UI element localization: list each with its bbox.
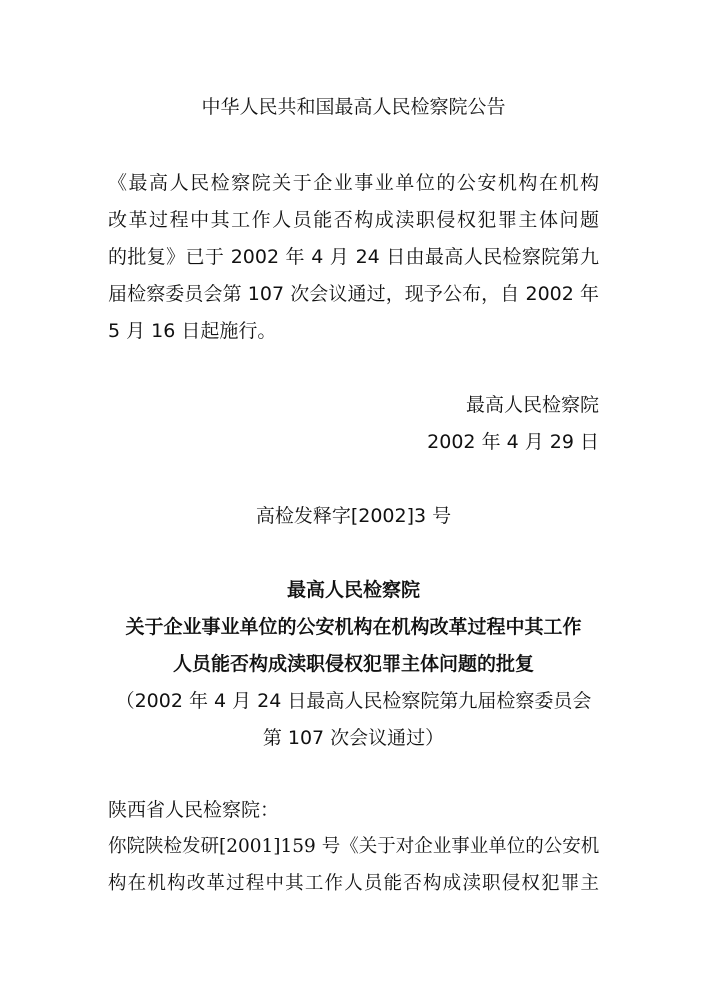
heading-note-line: 第 107 次会议通过） — [108, 726, 599, 750]
announcement-body-line: 《最高人民检察院关于企业事业单位的公安机构在机构 — [108, 171, 599, 195]
reply-body-line: 你院陕检发研[2001]159 号《关于对企业事业单位的公安机 — [108, 835, 599, 859]
signature-date: 2002 年 4 月 29 日 — [108, 430, 599, 454]
heading-title-line: 关于企业事业单位的公安机构在机构改革过程中其工作 — [100, 615, 607, 639]
signature-issuer: 最高人民检察院 — [108, 393, 599, 417]
heading-title-line: 人员能否构成渎职侵权犯罪主体问题的批复 — [108, 652, 599, 676]
document-number: 高检发释字[2002]3 号 — [108, 504, 599, 528]
reply-body-line: 构在机构改革过程中其工作人员能否构成渎职侵权犯罪主 — [108, 872, 599, 896]
announcement-body-line: 改革过程中其工作人员能否构成渎职侵权犯罪主体问题 — [108, 208, 599, 232]
document-page: 中华人民共和国最高人民检察院公告 《最高人民检察院关于企业事业单位的公安机构在机… — [0, 0, 707, 999]
announcement-body-line: 5 月 16 日起施行。 — [108, 319, 599, 343]
announcement-title: 中华人民共和国最高人民检察院公告 — [108, 95, 599, 119]
announcement-body-line: 届检察委员会第 107 次会议通过，现予公布，自 2002 年 — [108, 282, 599, 306]
heading-issuer: 最高人民检察院 — [108, 578, 599, 602]
announcement-body-line: 的批复》已于 2002 年 4 月 24 日由最高人民检察院第九 — [108, 245, 599, 269]
heading-note-line: （2002 年 4 月 24 日最高人民检察院第九届检察委员会 — [104, 689, 603, 713]
addressee: 陕西省人民检察院： — [108, 798, 599, 822]
